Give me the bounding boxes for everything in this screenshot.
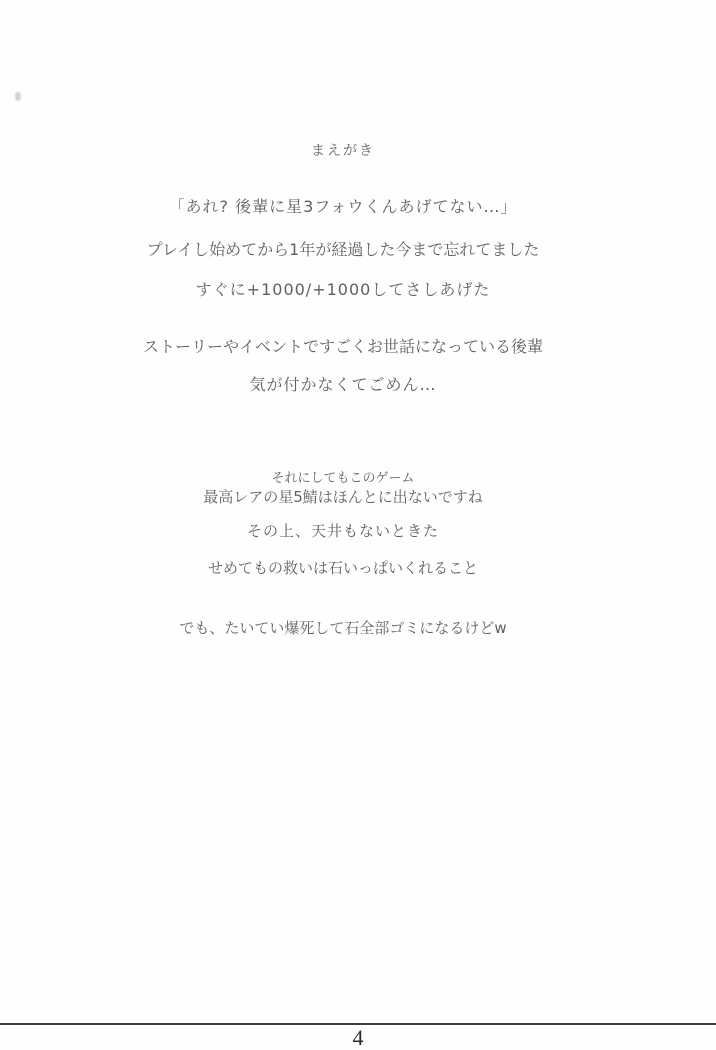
preface-line: せめてもの救いは石いっぱいくれること: [0, 559, 701, 577]
preface-line: でも、たいてい爆死して石全部ゴミになるけどw: [0, 619, 701, 637]
preface-line: その上、天井もないときた: [0, 522, 701, 540]
preface-line: 最高レアの星5鯖はほんとに出ないですね: [0, 488, 701, 506]
preface-line: 「あれ? 後輩に星3フォウくんあげてない…」: [0, 197, 701, 216]
preface-heading: まえがき: [0, 143, 701, 160]
preface-line: すぐに+1000/+1000してさしあげた: [0, 280, 701, 299]
page-number: 4: [0, 1027, 716, 1049]
scanned-preface-page: まえがき 「あれ? 後輩に星3フォウくんあげてない…」 プレイし始めてから1年が…: [0, 0, 716, 1050]
preface-line: それにしてもこのゲーム: [0, 471, 701, 487]
preface-line: 気が付かなくてごめん…: [0, 375, 701, 394]
preface-line: ストーリーやイベントですごくお世話になっている後輩: [0, 337, 701, 356]
scan-smudge-artifact: [15, 92, 21, 101]
preface-line: プレイし始めてから1年が経過した今まで忘れてました: [0, 240, 701, 259]
